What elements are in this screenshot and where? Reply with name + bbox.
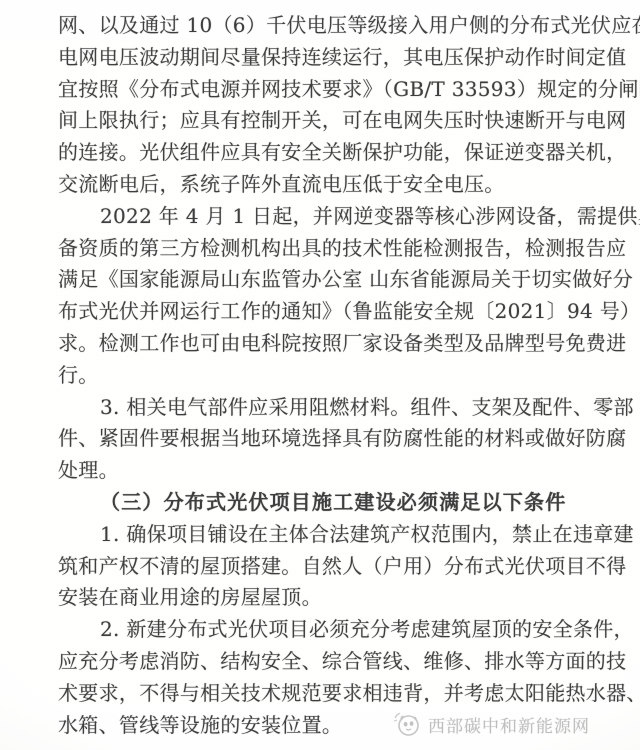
section-heading-paragraph: （三）分布式光伏项目施工建设必须满足以下条件 [58, 487, 586, 519]
text-line: 的连接。光伏组件应具有安全关断保护功能，保证逆变器关机， [58, 137, 586, 169]
paragraph: 3. 相关电气部件应采用阻燃材料。组件、支架及配件、零部件、紧固件要根据当地环境… [58, 392, 586, 487]
text-line: 求。检测工作也可由电科院按照厂家设备类型及品牌型号免费进 [58, 328, 586, 360]
text-line: 安装在商业用途的房屋屋顶。 [58, 582, 586, 614]
text-line: 行。 [58, 360, 586, 392]
text-line: 宜按照《分布式电源并网技术要求》（GB/T 33593）规定的分闸时 [58, 74, 586, 106]
text-line: 网、以及通过 10（6）千伏电压等级接入用户侧的分布式光伏应在 [58, 10, 586, 42]
text-line: 满足《国家能源局山东监管办公室 山东省能源局关于切实做好分 [58, 264, 586, 296]
panda-face-logo-icon [392, 710, 422, 738]
text-line: 1. 确保项目铺设在主体合法建筑产权范围内，禁止在违章建 [58, 519, 586, 551]
text-line: 2. 新建分布式光伏项目必须充分考虑建筑屋顶的安全条件， [58, 614, 586, 646]
watermark-site-name: 西部碳中和新能源网 [428, 712, 590, 737]
text-line: 筑和产权不清的屋顶搭建。自然人（户用）分布式光伏项目不得 [58, 551, 586, 583]
text-line: 布式光伏并网运行工作的通知》（鲁监能安全规〔2021〕94 号）要 [58, 296, 586, 328]
text-line: 3. 相关电气部件应采用阻燃材料。组件、支架及配件、零部 [58, 392, 586, 424]
text-line: 术要求，不得与相关技术规范要求相违背，并考虑太阳能热水器、 [58, 678, 586, 710]
text-line: 备资质的第三方检测机构出具的技术性能检测报告，检测报告应 [58, 233, 586, 265]
paragraph: 2022 年 4 月 1 日起，并网逆变器等核心涉网设备，需提供具备资质的第三方… [58, 201, 586, 392]
watermark: 西部碳中和新能源网 [392, 710, 590, 738]
document-text-block: 网、以及通过 10（6）千伏电压等级接入用户侧的分布式光伏应在电网电压波动期间尽… [58, 10, 586, 741]
scanned-document-page: 网、以及通过 10（6）千伏电压等级接入用户侧的分布式光伏应在电网电压波动期间尽… [0, 0, 640, 750]
text-line: 处理。 [58, 455, 586, 487]
text-line: 应充分考虑消防、结构安全、综合管线、维修、排水等方面的技 [58, 646, 586, 678]
paragraph: 网、以及通过 10（6）千伏电压等级接入用户侧的分布式光伏应在电网电压波动期间尽… [58, 10, 586, 201]
text-line: 电网电压波动期间尽量保持连续运行，其电压保护动作时间定值 [58, 42, 586, 74]
text-line: （三）分布式光伏项目施工建设必须满足以下条件 [58, 487, 586, 519]
text-line: 2022 年 4 月 1 日起，并网逆变器等核心涉网设备，需提供具 [58, 201, 586, 233]
text-line: 件、紧固件要根据当地环境选择具有防腐性能的材料或做好防腐 [58, 423, 586, 455]
paragraph: 1. 确保项目铺设在主体合法建筑产权范围内，禁止在违章建筑和产权不清的屋顶搭建。… [58, 519, 586, 614]
text-line: 间上限执行；应具有控制开关，可在电网失压时快速断开与电网 [58, 105, 586, 137]
text-line: 交流断电后，系统子阵外直流电压低于安全电压。 [58, 169, 586, 201]
